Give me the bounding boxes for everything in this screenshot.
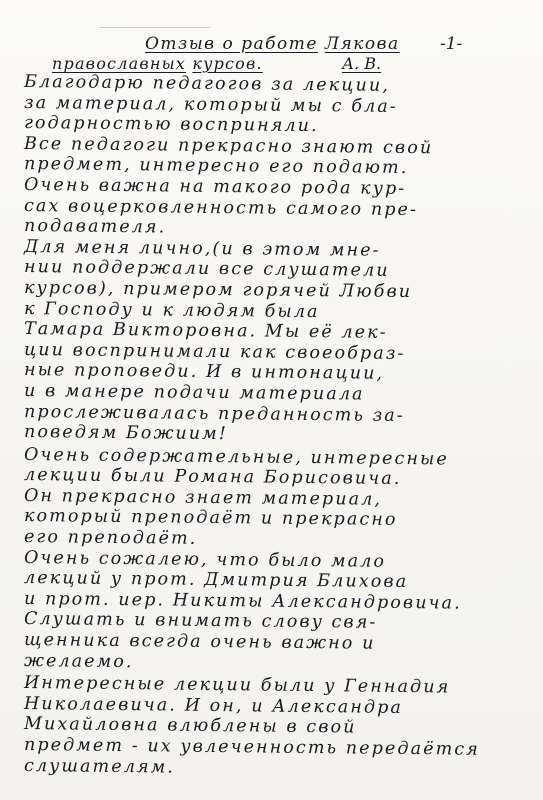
document-subtitle: православных курсов. [52, 54, 263, 73]
document-header: Отзыв о работе Лякова -1- православных к… [0, 34, 543, 74]
subtitle-word: курсов. [192, 54, 262, 73]
text-line: поведям Божиим! [24, 422, 529, 448]
letter-body: Благодарю педагогов за лекции, за матери… [24, 72, 529, 776]
document-title: Отзыв о работе Лякова [145, 34, 400, 54]
top-divider [100, 27, 210, 28]
text-line: желаемо. [24, 651, 529, 677]
subtitle-prefix: православных [52, 54, 186, 73]
handwritten-page: Отзыв о работе Лякова -1- православных к… [0, 0, 543, 800]
author-initials: А. В. [342, 54, 381, 73]
page-number: -1- [440, 34, 462, 54]
title-prefix: Отзыв о работе [145, 34, 318, 54]
title-name: Лякова [325, 34, 400, 54]
